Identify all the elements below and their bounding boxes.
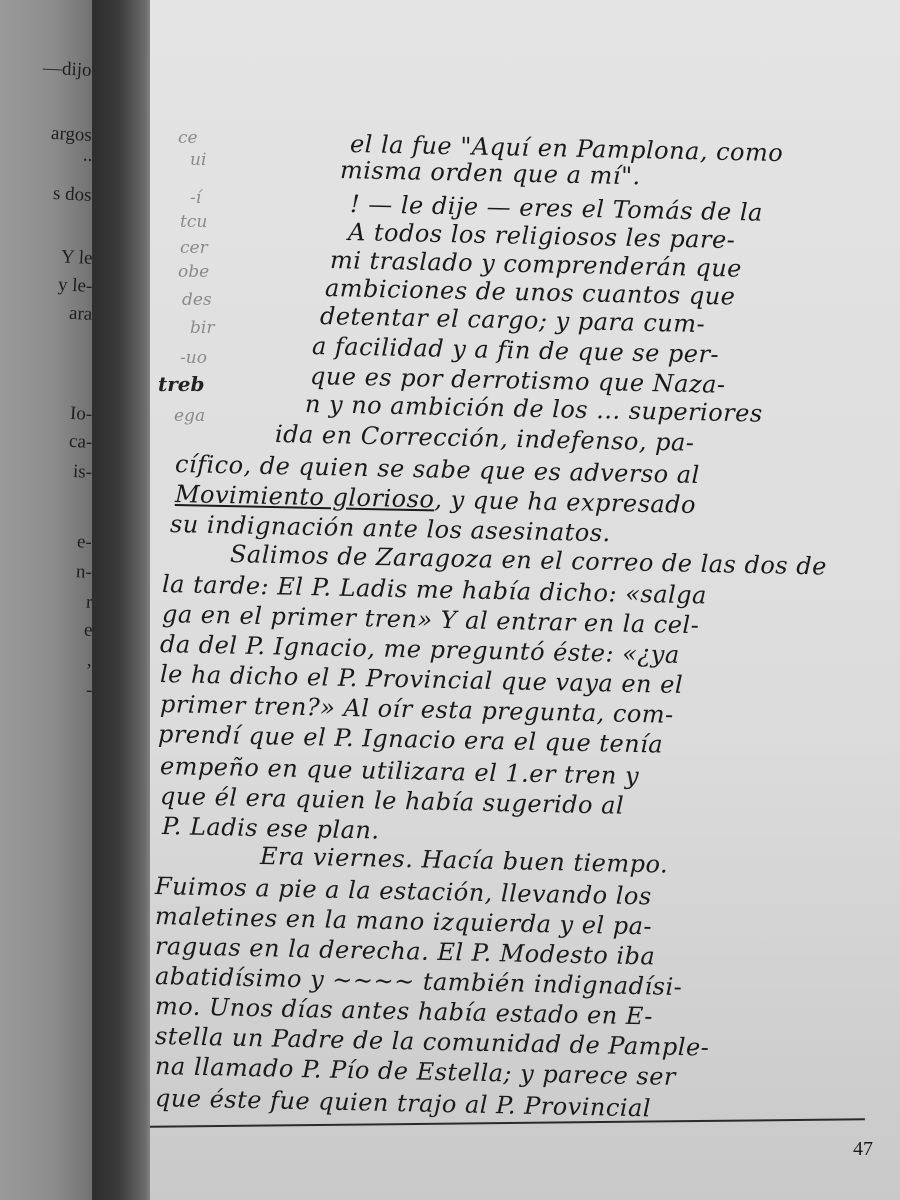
page-number: 47 xyxy=(853,1138,873,1161)
left-page-text-fragment: n- xyxy=(76,561,93,584)
manuscript-line: Era viernes. Hacía buen tiempo. xyxy=(260,842,669,879)
book-gutter-shadow xyxy=(92,0,158,1200)
underlined-phrase: Movimiento glorioso xyxy=(175,480,435,513)
left-page-text-fragment: y le- xyxy=(57,274,92,298)
left-page-text-fragment: ara xyxy=(68,303,92,326)
margin-note: ega xyxy=(174,406,205,426)
manuscript-line: ida en Corrección, indefenso, pa- xyxy=(275,420,695,457)
right-page: ceui-ítcucerobedesbir-uotrebegael la fue… xyxy=(150,0,900,1200)
margin-note: des xyxy=(182,290,212,310)
margin-note: obe xyxy=(178,262,209,282)
margin-note: treb xyxy=(158,372,204,396)
margin-note: -uo xyxy=(180,348,207,368)
manuscript-line: que éste fue quien trajo al P. Provincia… xyxy=(155,1084,652,1122)
left-page-text-fragment: —dijo xyxy=(43,57,93,82)
left-page-text-fragment: Io- xyxy=(69,403,92,426)
left-page-text-fragment: Y le xyxy=(60,246,93,270)
margin-note: ui xyxy=(190,150,206,170)
manuscript-line: P. Ladis ese plan. xyxy=(162,812,380,845)
left-page-text-fragment: e- xyxy=(77,531,93,554)
left-page-text-fragment: ca- xyxy=(68,431,92,454)
margin-note: bir xyxy=(190,318,214,338)
left-page-text-fragment: argos xyxy=(51,123,93,147)
margin-note: -í xyxy=(190,188,201,208)
margin-note: cer xyxy=(180,238,208,258)
manuscript-line-rest: , y que ha expresado xyxy=(434,485,696,518)
left-page: —dijoargos..s dosY ley le-araIo-ca-is-e-… xyxy=(0,0,98,1200)
left-page-text-fragment: s dos xyxy=(53,183,93,207)
margin-note: ce xyxy=(178,128,198,148)
manuscript-line: misma orden que a mí". xyxy=(340,156,641,190)
handwritten-manuscript: ceui-ítcucerobedesbir-uotrebegael la fue… xyxy=(150,0,900,1200)
left-page-text-fragment: is- xyxy=(72,461,92,484)
left-page-text-fragment: .. xyxy=(82,145,93,167)
margin-note: tcu xyxy=(180,212,207,232)
